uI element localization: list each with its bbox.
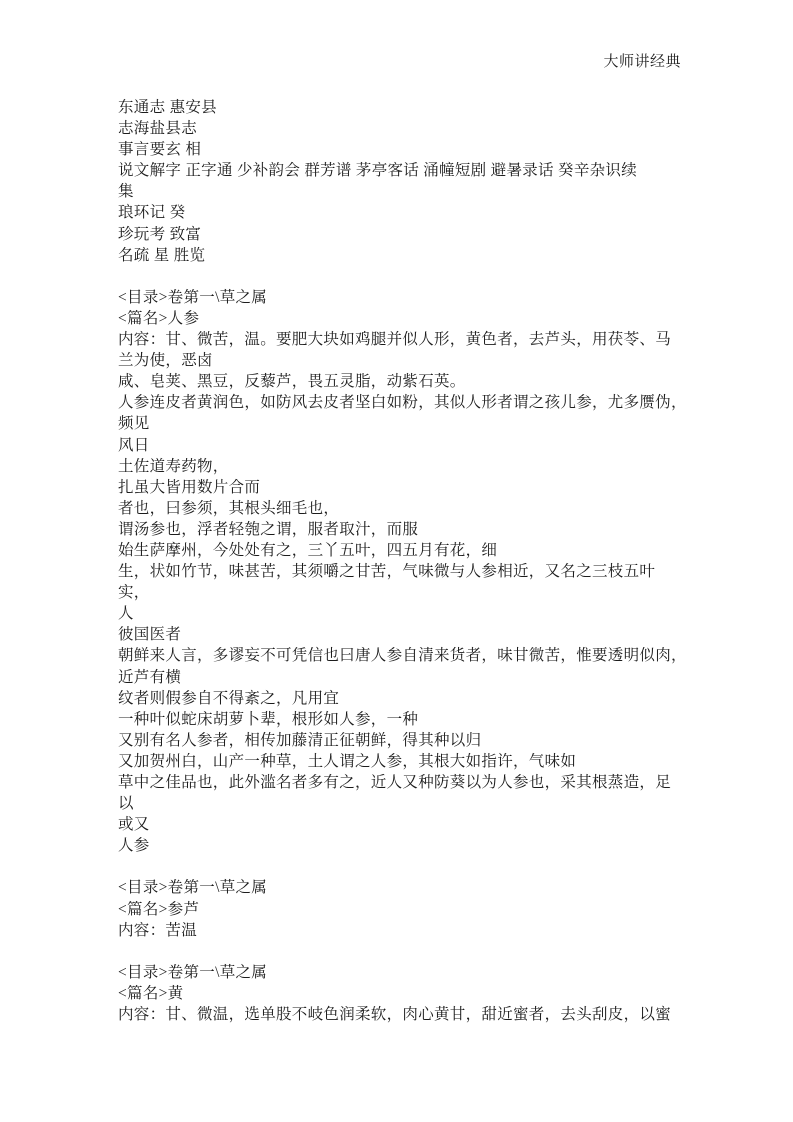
text-line: 内容：甘、微温，选单股不岐色润柔软，肉心黄甘，甜近蜜者，去头刮皮，以蜜 bbox=[118, 1004, 687, 1025]
text-line: 内容：甘、微苦，温。要肥大块如鸡腿并似人形，黄色者，去芦头，用茯苓、马 bbox=[118, 329, 687, 350]
text-line: 又加贺州白，山产一种草，土人谓之人参，其根大如指许，气味如 bbox=[118, 751, 687, 772]
text-line: 人参连皮者黄润色，如防风去皮者坚白如粉，其似人形者谓之孩儿参，尤多赝伪， bbox=[118, 392, 687, 413]
text-line: 或又 bbox=[118, 814, 687, 835]
text-line: <篇名>参芦 bbox=[118, 899, 687, 920]
text-line: 一种叶似蛇床胡萝卜辈，根形如人参，一种 bbox=[118, 709, 687, 730]
text-line: 人参 bbox=[118, 835, 687, 856]
text-line: <篇名>人参 bbox=[118, 308, 687, 329]
text-line: <篇名>黄 bbox=[118, 983, 687, 1004]
text-block: <目录>卷第一\草之属<篇名>黄内容：甘、微温，选单股不岐色润柔软，肉心黄甘，甜… bbox=[118, 962, 687, 1025]
text-line: 者也，曰参须，其根头细毛也， bbox=[118, 498, 687, 519]
text-line: 兰为使，恶卤 bbox=[118, 350, 687, 371]
text-line: 东通志 惠安县 bbox=[118, 97, 687, 118]
text-line: 生，状如竹节，味甚苦，其须嚼之甘苦，气味微与人参相近，又名之三枝五叶 bbox=[118, 561, 687, 582]
text-line: 朝鲜来人言，多谬妄不可凭信也曰唐人参自清来货者，味甘微苦，惟要透明似肉， bbox=[118, 645, 687, 666]
page-header-text: 大师讲经典 bbox=[0, 0, 793, 70]
text-line: 草中之佳品也，此外滥名者多有之，近人又种防葵以为人参也，采其根蒸造，足 bbox=[118, 772, 687, 793]
text-line: 说文解字 正字通 少补韵会 群芳谱 茅亭客话 涌幢短剧 避暑录话 癸辛杂识续 bbox=[118, 160, 687, 181]
text-line: <目录>卷第一\草之属 bbox=[118, 962, 687, 983]
text-line: 名疏 星 胜览 bbox=[118, 245, 687, 266]
text-line: 珍玩考 致富 bbox=[118, 224, 687, 245]
text-line: <目录>卷第一\草之属 bbox=[118, 877, 687, 898]
text-block: 东通志 惠安县志海盐县志事言要玄 相说文解字 正字通 少补韵会 群芳谱 茅亭客话… bbox=[118, 97, 687, 266]
text-line: 以 bbox=[118, 793, 687, 814]
text-line: 内容：苦温 bbox=[118, 920, 687, 941]
text-block: <目录>卷第一\草之属<篇名>人参内容：甘、微苦，温。要肥大块如鸡腿并似人形，黄… bbox=[118, 287, 687, 857]
text-line: <目录>卷第一\草之属 bbox=[118, 287, 687, 308]
text-line: 实， bbox=[118, 582, 687, 603]
text-line: 频见 bbox=[118, 413, 687, 434]
document-page: 大师讲经典 东通志 惠安县志海盐县志事言要玄 相说文解字 正字通 少补韵会 群芳… bbox=[0, 0, 793, 1122]
text-line: 彼国医者 bbox=[118, 624, 687, 645]
text-line: 事言要玄 相 bbox=[118, 139, 687, 160]
text-line: 谓汤参也，浮者轻匏之谓，服者取汁，而服 bbox=[118, 519, 687, 540]
text-line: 咸、皂荚、黑豆，反藜芦，畏五灵脂，动紫石英。 bbox=[118, 371, 687, 392]
text-line: 纹者则假参自不得紊之，凡用宜 bbox=[118, 688, 687, 709]
text-line: 始生萨摩州，今处处有之，三丫五叶，四五月有花，细 bbox=[118, 540, 687, 561]
text-line: 近芦有横 bbox=[118, 667, 687, 688]
text-line: 志海盐县志 bbox=[118, 118, 687, 139]
text-line: 扎虽大皆用数片合而 bbox=[118, 477, 687, 498]
text-block: <目录>卷第一\草之属<篇名>参芦内容：苦温 bbox=[118, 877, 687, 940]
text-line: 琅环记 癸 bbox=[118, 202, 687, 223]
text-line: 风日 bbox=[118, 435, 687, 456]
document-body: 东通志 惠安县志海盐县志事言要玄 相说文解字 正字通 少补韵会 群芳谱 茅亭客话… bbox=[118, 97, 687, 1025]
text-line: 又别有名人参者，相传加藤清正征朝鲜，得其种以归 bbox=[118, 730, 687, 751]
text-line: 土佐道寿药物， bbox=[118, 456, 687, 477]
text-line: 人 bbox=[118, 603, 687, 624]
text-line: 集 bbox=[118, 181, 687, 202]
